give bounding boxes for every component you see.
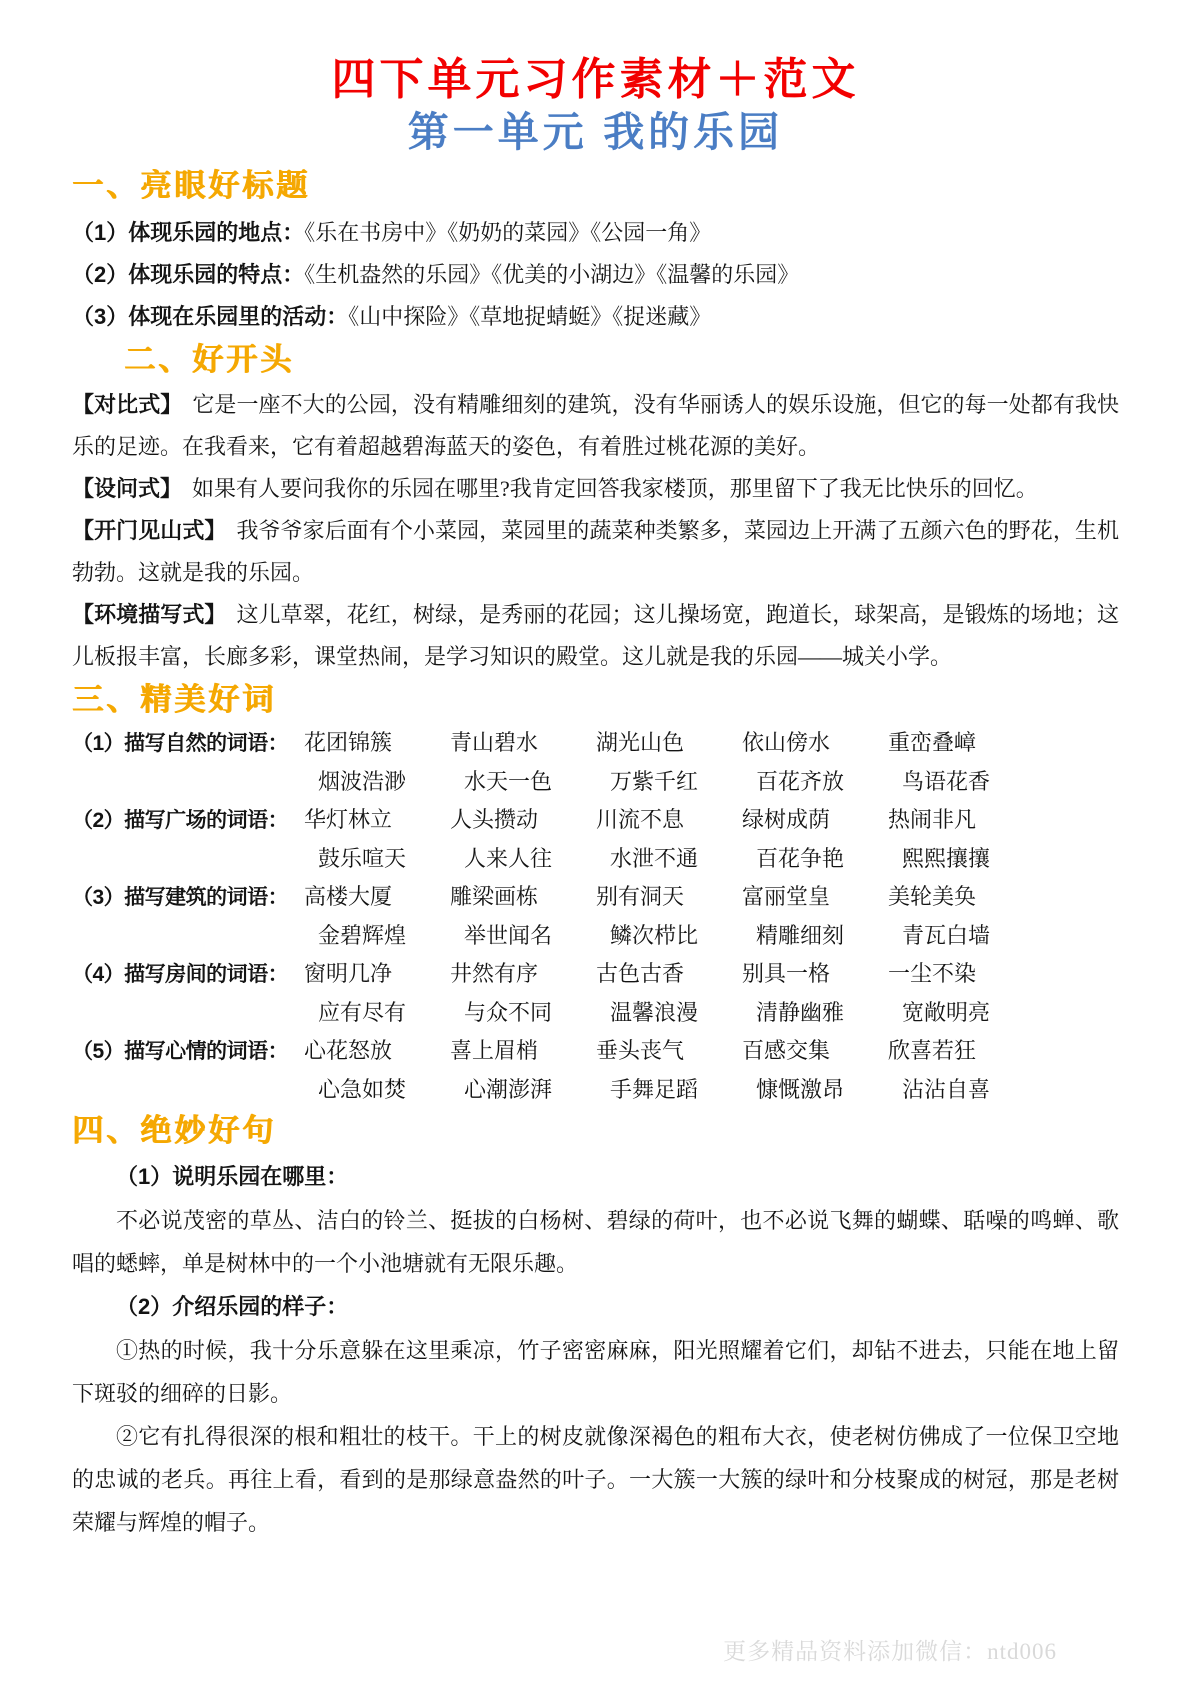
- word-cell: 别具一格: [742, 955, 888, 993]
- word-cell: 青山碧水: [450, 724, 596, 762]
- opening-text: 如果有人要问我你的乐园在哪里?我肯定回答我家楼顶，那里留下了我无比快乐的回忆。: [192, 476, 1038, 501]
- word-group-label: （1）描写自然的词语：: [72, 725, 304, 763]
- word-cell: 喜上眉梢: [450, 1032, 596, 1070]
- word-cell: 青瓦白墙: [902, 917, 1048, 955]
- section-openings-heading: 二、好开头: [124, 342, 1119, 378]
- word-cell: 心花怒放: [304, 1032, 450, 1070]
- word-cell: 心急如焚: [318, 1071, 464, 1109]
- word-cell: 鼓乐喧天: [318, 840, 464, 878]
- word-cell: 金碧辉煌: [318, 917, 464, 955]
- sentences-sub2-paragraph-2: ②它有扎得很深的根和粗壮的枝干。干上的树皮就像深褐色的粗布大衣，使老树仿佛成了一…: [72, 1415, 1119, 1544]
- word-cell: 人头攒动: [450, 801, 596, 839]
- watermark-text: 更多精品资料添加微信：ntd006: [723, 1633, 1057, 1666]
- opening-paragraph-environment: 【环境描写式】这儿草翠，花红，树绿，是秀丽的花园；这儿操场宽，跑道长，球架高，是…: [72, 594, 1119, 678]
- word-cell: 富丽堂皇: [742, 878, 888, 916]
- word-cell: 心潮澎湃: [464, 1071, 610, 1109]
- word-cell: 百花争艳: [756, 840, 902, 878]
- word-cell: 绿树成荫: [742, 801, 888, 839]
- word-group-5-row-1: （5）描写心情的词语： 心花怒放 喜上眉梢 垂头丧气 百感交集 欣喜若狂: [72, 1032, 1119, 1071]
- word-cell: 熙熙攘攘: [902, 840, 1048, 878]
- sentences-sub2-paragraph-1: ①热的时候，我十分乐意躲在这里乘凉，竹子密密麻麻，阳光照耀着它们，却钻不进去，只…: [72, 1329, 1119, 1415]
- word-cell: 热闹非凡: [888, 801, 1034, 839]
- word-table: （1）描写自然的词语： 花团锦簇 青山碧水 湖光山色 依山傍水 重峦叠嶂 烟波浩…: [72, 724, 1119, 1109]
- title-idea-label: （2）体现乐园的特点：: [72, 262, 304, 287]
- word-cell: 清静幽雅: [756, 994, 902, 1032]
- word-cell: 一尘不染: [888, 955, 1034, 993]
- word-cell: 高楼大厦: [304, 878, 450, 916]
- word-cell: 水天一色: [464, 763, 610, 801]
- word-group-1-row-1: （1）描写自然的词语： 花团锦簇 青山碧水 湖光山色 依山傍水 重峦叠嶂: [72, 724, 1119, 763]
- title-idea-label: （1）体现乐园的地点：: [72, 220, 304, 245]
- word-cell: 花团锦簇: [304, 724, 450, 762]
- word-cell: 华灯林立: [304, 801, 450, 839]
- word-group-2-row-2: 鼓乐喧天 人来人往 水泄不通 百花争艳 熙熙攘攘: [72, 840, 1119, 878]
- word-cell: 依山傍水: [742, 724, 888, 762]
- page-title: 四下单元习作素材＋范文: [72, 54, 1119, 106]
- opening-style-label: 【环境描写式】: [72, 602, 226, 627]
- word-group-5-row-2: 心急如焚 心潮澎湃 手舞足蹈 慷慨激昂 沾沾自喜: [72, 1071, 1119, 1109]
- word-cell: 井然有序: [450, 955, 596, 993]
- word-cell: 湖光山色: [596, 724, 742, 762]
- title-idea-item-2: （2）体现乐园的特点：《生机盎然的乐园》《优美的小湖边》《温馨的乐园》: [72, 254, 1119, 296]
- title-idea-label: （3）体现在乐园里的活动：: [72, 304, 348, 329]
- word-cell: 垂头丧气: [596, 1032, 742, 1070]
- word-cell: 万紫千红: [610, 763, 756, 801]
- word-cell: 窗明几净: [304, 955, 450, 993]
- word-cell: 举世闻名: [464, 917, 610, 955]
- word-cell: 与众不同: [464, 994, 610, 1032]
- section-titles-heading: 一、亮眼好标题: [72, 168, 1119, 204]
- word-group-label: （5）描写心情的词语：: [72, 1033, 304, 1071]
- word-group-4-row-2: 应有尽有 与众不同 温馨浪漫 清静幽雅 宽敞明亮: [72, 994, 1119, 1032]
- word-cell: 人来人往: [464, 840, 610, 878]
- opening-style-label: 【开门见山式】: [72, 518, 226, 543]
- title-idea-content: 《山中探险》《草地捉蜻蜓》《捉迷藏》: [348, 304, 711, 329]
- word-cell: 雕梁画栋: [450, 878, 596, 916]
- opening-text: 我爷爷家后面有个小菜园，菜园里的蔬菜种类繁多，菜园边上开满了五颜六色的野花，生机…: [72, 518, 1119, 585]
- word-group-1-row-2: 烟波浩渺 水天一色 万紫千红 百花齐放 鸟语花香: [72, 763, 1119, 801]
- word-cell: 精雕细刻: [756, 917, 902, 955]
- page-subtitle: 第一单元 我的乐园: [72, 106, 1119, 158]
- opening-text: 这儿草翠，花红，树绿，是秀丽的花园；这儿操场宽，跑道长，球架高，是锻炼的场地；这…: [72, 602, 1119, 669]
- word-cell: 沾沾自喜: [902, 1071, 1048, 1109]
- section-sentences-heading: 四、绝妙好句: [72, 1113, 1119, 1149]
- word-cell: 宽敞明亮: [902, 994, 1048, 1032]
- word-group-3-row-2: 金碧辉煌 举世闻名 鳞次栉比 精雕细刻 青瓦白墙: [72, 917, 1119, 955]
- opening-paragraph-question: 【设问式】如果有人要问我你的乐园在哪里?我肯定回答我家楼顶，那里留下了我无比快乐…: [72, 468, 1119, 510]
- word-cell: 温馨浪漫: [610, 994, 756, 1032]
- word-cell: 别有洞天: [596, 878, 742, 916]
- opening-style-label: 【对比式】: [72, 392, 182, 417]
- word-cell: 重峦叠嶂: [888, 724, 1034, 762]
- sentences-sub1-heading: （1）说明乐园在哪里：: [116, 1155, 1119, 1199]
- sentences-sub1-paragraph: 不必说茂密的草丛、洁白的铃兰、挺拔的白杨树、碧绿的荷叶，也不必说飞舞的蝴蝶、聒噪…: [72, 1199, 1119, 1285]
- title-idea-item-1: （1）体现乐园的地点：《乐在书房中》《奶奶的菜园》《公园一角》: [72, 212, 1119, 254]
- word-cell: 水泄不通: [610, 840, 756, 878]
- word-cell: 美轮美奂: [888, 878, 1034, 916]
- word-cell: 鳞次栉比: [610, 917, 756, 955]
- word-cell: 百花齐放: [756, 763, 902, 801]
- opening-text: 它是一座不大的公园，没有精雕细刻的建筑，没有华丽诱人的娱乐设施，但它的每一处都有…: [72, 392, 1119, 459]
- opening-style-label: 【设问式】: [72, 476, 182, 501]
- sentences-sub2-heading: （2）介绍乐园的样子：: [116, 1285, 1119, 1329]
- word-group-label: （2）描写广场的词语：: [72, 802, 304, 840]
- title-idea-content: 《乐在书房中》《奶奶的菜园》《公园一角》: [304, 220, 711, 245]
- word-group-4-row-1: （4）描写房间的词语： 窗明几净 井然有序 古色古香 别具一格 一尘不染: [72, 955, 1119, 994]
- word-cell: 古色古香: [596, 955, 742, 993]
- title-idea-content: 《生机盎然的乐园》《优美的小湖边》《温馨的乐园》: [304, 262, 799, 287]
- title-idea-item-3: （3）体现在乐园里的活动：《山中探险》《草地捉蜻蜓》《捉迷藏》: [72, 296, 1119, 338]
- section-words-heading: 三、精美好词: [72, 682, 1119, 718]
- word-cell: 百感交集: [742, 1032, 888, 1070]
- word-cell: 慷慨激昂: [756, 1071, 902, 1109]
- word-group-3-row-1: （3）描写建筑的词语： 高楼大厦 雕梁画栋 别有洞天 富丽堂皇 美轮美奂: [72, 878, 1119, 917]
- word-group-2-row-1: （2）描写广场的词语： 华灯林立 人头攒动 川流不息 绿树成荫 热闹非凡: [72, 801, 1119, 840]
- opening-paragraph-direct: 【开门见山式】我爷爷家后面有个小菜园，菜园里的蔬菜种类繁多，菜园边上开满了五颜六…: [72, 510, 1119, 594]
- opening-paragraph-contrast: 【对比式】它是一座不大的公园，没有精雕细刻的建筑，没有华丽诱人的娱乐设施，但它的…: [72, 384, 1119, 468]
- word-cell: 烟波浩渺: [318, 763, 464, 801]
- word-cell: 鸟语花香: [902, 763, 1048, 801]
- word-cell: 欣喜若狂: [888, 1032, 1034, 1070]
- word-group-label: （4）描写房间的词语：: [72, 956, 304, 994]
- document-page: 四下单元习作素材＋范文 第一单元 我的乐园 一、亮眼好标题 （1）体现乐园的地点…: [0, 0, 1191, 1544]
- word-cell: 手舞足蹈: [610, 1071, 756, 1109]
- word-cell: 应有尽有: [318, 994, 464, 1032]
- word-group-label: （3）描写建筑的词语：: [72, 879, 304, 917]
- word-cell: 川流不息: [596, 801, 742, 839]
